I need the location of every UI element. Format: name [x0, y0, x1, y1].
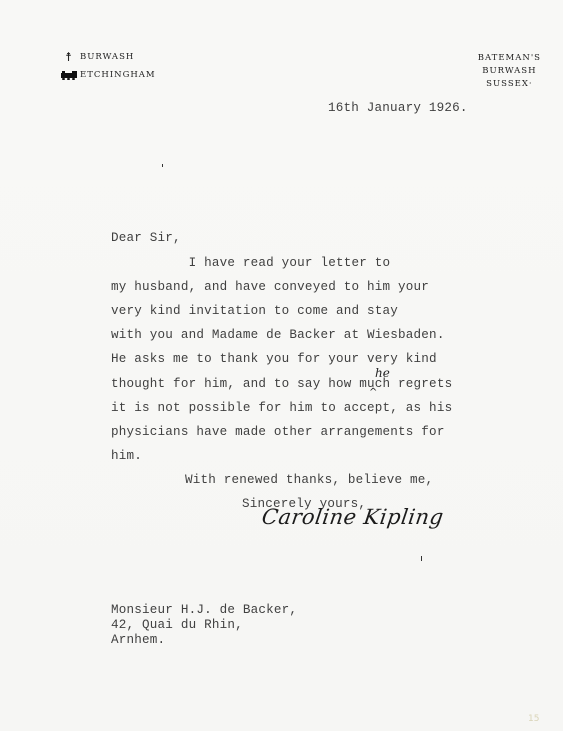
body-line-5: He asks me to thank you for your very ki… [111, 352, 437, 366]
body-line-3: very kind invitation to come and stay [111, 304, 398, 318]
closing-line: With renewed thanks, believe me, [185, 473, 433, 487]
letterhead-batemans: BATEMAN'S [478, 52, 541, 65]
salutation: Dear Sir, [111, 231, 181, 245]
body-line-7: it is not possible for him to accept, as… [111, 401, 452, 415]
letter-page: ☨ BURWASH ETCHINGHAM BATEMAN'S BURWASH S… [0, 0, 563, 731]
letterhead-sussex: SUSSEX· [478, 78, 541, 91]
body-line-8: physicians have made other arrangements … [111, 425, 445, 439]
recipient-name: Monsieur H.J. de Backer, [111, 603, 297, 617]
locomotive-icon [58, 71, 80, 80]
body-line-2: my husband, and have conveyed to him you… [111, 280, 429, 294]
pencil-annotation: 15 [528, 714, 539, 724]
ink-speck [162, 164, 163, 167]
body-line-1: I have read your letter to [111, 256, 390, 270]
body-line-6: thought for him, and to say how much reg… [111, 377, 452, 391]
letterhead-row-burwash: ☨ BURWASH [58, 48, 156, 66]
recipient-street: 42, Quai du Rhin, [111, 618, 243, 632]
ink-mark [421, 556, 422, 561]
body-line-4: with you and Madame de Backer at Wiesbad… [111, 328, 445, 342]
body-line-9: him. [111, 449, 142, 463]
letter-date: 16th January 1926. [328, 101, 468, 115]
letterhead-right-address: BATEMAN'S BURWASH SUSSEX· [478, 52, 541, 91]
signature: Caroline Kipling [260, 505, 445, 529]
insertion-caret-icon: ^ [369, 387, 377, 398]
letterhead-etchingham-text: ETCHINGHAM [80, 70, 156, 80]
cross-of-lorraine-icon: ☨ [58, 51, 80, 63]
handwritten-insertion: he [375, 366, 390, 380]
letterhead-burwash: BURWASH [478, 65, 541, 78]
letterhead-row-etchingham: ETCHINGHAM [58, 66, 156, 84]
letterhead-left: ☨ BURWASH ETCHINGHAM [58, 48, 156, 84]
letterhead-burwash-text: BURWASH [80, 52, 134, 62]
recipient-city: Arnhem. [111, 633, 165, 647]
